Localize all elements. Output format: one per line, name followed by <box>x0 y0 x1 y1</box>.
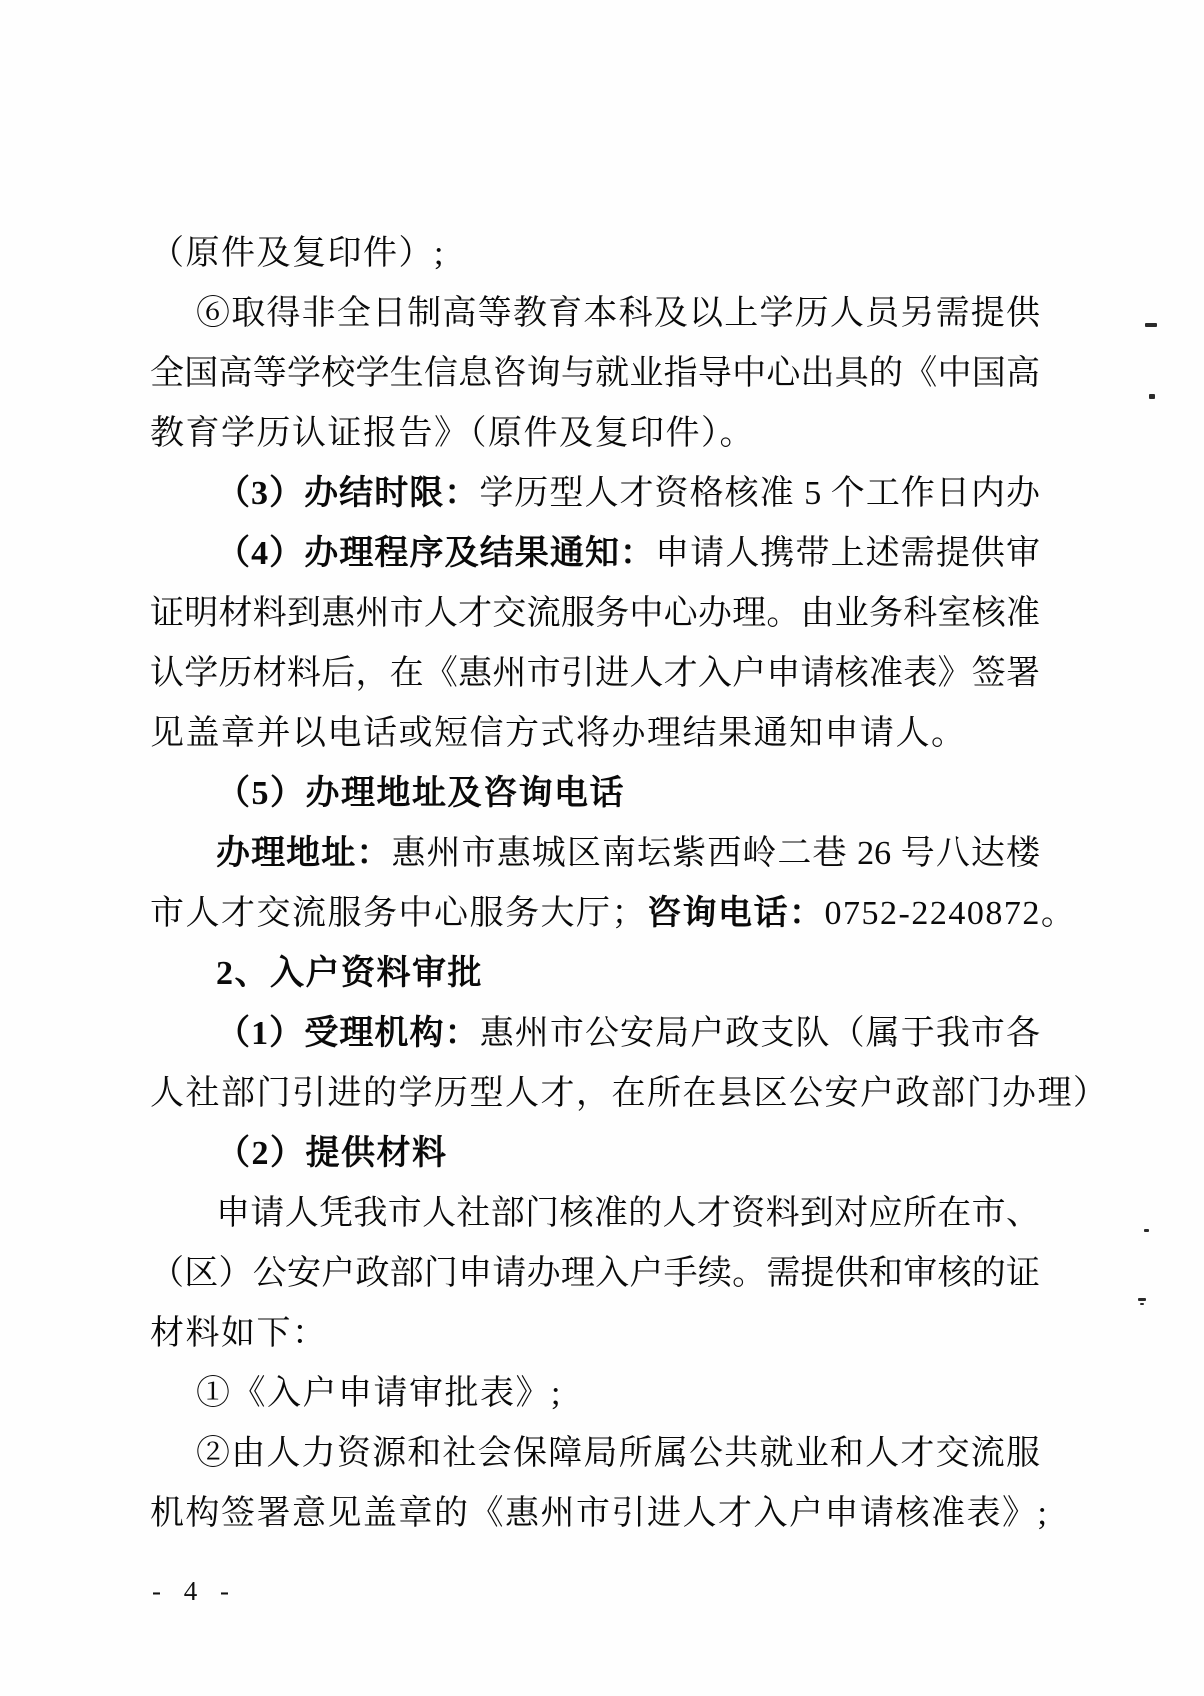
text-segment-bold: （2）提供材料 <box>216 1135 448 1172</box>
text-line: 机构签署意见盖章的《惠州市引进人才入户申请核准表》; <box>150 1484 1040 1544</box>
text-line: 人社部门引进的学历型人才，在所在县区公安户政部门办理） <box>150 1064 1040 1124</box>
scan-artifact <box>1140 1303 1144 1305</box>
text-line: （4）办理程序及结果通知：申请人携带上述需提供审核的 <box>150 524 1040 584</box>
text-line: （区）公安户政部门申请办理入户手续。需提供和审核的证明 <box>150 1244 1040 1304</box>
text-line: （2）提供材料 <box>150 1124 1040 1184</box>
scan-artifact <box>1138 1298 1146 1301</box>
text-segment: 全国高等学校学生信息咨询与就业指导中心出具的《中国高等 <box>150 355 1040 404</box>
text-line: 认学历材料后，在《惠州市引进人才入户申请核准表》签署意 <box>150 644 1040 704</box>
text-line: 证明材料到惠州市人才交流服务中心办理。由业务科室核准确 <box>150 584 1040 644</box>
text-segment: 0752-2240872。 <box>825 895 1077 932</box>
text-segment: 教育学历认证报告》（原件及复印件）。 <box>150 415 755 452</box>
text-segment: ②由人力资源和社会保障局所属公共就业和人才交流服务 <box>196 1435 1040 1484</box>
text-line: 2、入户资料审批 <box>150 944 1040 1004</box>
text-line: ⑥取得非全日制高等教育本科及以上学历人员另需提供 <box>150 284 1040 344</box>
text-segment: ①《入户申请审批表》; <box>196 1375 562 1412</box>
text-segment: 见盖章并以电话或短信方式将办理结果通知申请人。 <box>150 715 967 752</box>
text-segment: 市人才交流服务中心服务大厅； <box>150 895 647 932</box>
text-line: 市人才交流服务中心服务大厅；咨询电话：0752-2240872。 <box>150 884 1040 944</box>
text-segment: 机构签署意见盖章的《惠州市引进人才入户申请核准表》; <box>150 1495 1048 1532</box>
text-line: 教育学历认证报告》（原件及复印件）。 <box>150 404 1040 464</box>
text-segment-bold: （4）办理程序及结果通知： <box>216 535 655 572</box>
text-segment-bold: （1）受理机构： <box>216 1015 480 1052</box>
document-page: （原件及复印件）;⑥取得非全日制高等教育本科及以上学历人员另需提供全国高等学校学… <box>0 0 1204 1696</box>
text-line: （1）受理机构：惠州市公安局户政支队（属于我市各县区 <box>150 1004 1040 1064</box>
text-segment: 证明材料到惠州市人才交流服务中心办理。由业务科室核准确 <box>150 595 1040 644</box>
scan-artifact <box>1145 323 1157 327</box>
text-segment: （原件及复印件）; <box>150 235 445 272</box>
text-line: 申请人凭我市人社部门核准的人才资料到对应所在市、县 <box>150 1184 1040 1244</box>
scan-artifact <box>1144 1229 1149 1232</box>
text-segment-bold: 办理地址： <box>216 835 391 872</box>
text-segment: ⑥取得非全日制高等教育本科及以上学历人员另需提供 <box>196 295 1040 332</box>
scan-artifact <box>1149 394 1155 399</box>
text-line: （5）办理地址及咨询电话 <box>150 764 1040 824</box>
text-segment: 人社部门引进的学历型人才，在所在县区公安户政部门办理） <box>150 1075 1109 1112</box>
text-segment: （区）公安户政部门申请办理入户手续。需提供和审核的证明 <box>150 1255 1040 1304</box>
text-line: 见盖章并以电话或短信方式将办理结果通知申请人。 <box>150 704 1040 764</box>
text-segment-bold: 2、入户资料审批 <box>216 955 483 992</box>
text-segment-bold: （3）办结时限： <box>216 475 479 512</box>
text-segment: 申请人凭我市人社部门核准的人才资料到对应所在市、县 <box>216 1195 1040 1244</box>
text-line: 办理地址：惠州市惠城区南坛紫西岭二巷 26 号八达楼三楼 <box>150 824 1040 884</box>
text-line: （原件及复印件）; <box>150 224 1040 284</box>
text-line: ①《入户申请审批表》; <box>150 1364 1040 1424</box>
page-number: - 4 - <box>152 1576 237 1607</box>
text-segment-bold: （5）办理地址及咨询电话 <box>216 775 625 812</box>
document-body: （原件及复印件）;⑥取得非全日制高等教育本科及以上学历人员另需提供全国高等学校学… <box>150 224 1040 1544</box>
text-segment: 材料如下： <box>150 1315 328 1352</box>
text-segment: 认学历材料后，在《惠州市引进人才入户申请核准表》签署意 <box>150 655 1040 704</box>
text-line: 全国高等学校学生信息咨询与就业指导中心出具的《中国高等 <box>150 344 1040 404</box>
text-line: （3）办结时限：学历型人才资格核准 5 个工作日内办结。 <box>150 464 1040 524</box>
text-line: ②由人力资源和社会保障局所属公共就业和人才交流服务 <box>150 1424 1040 1484</box>
text-segment-bold: 咨询电话： <box>647 895 825 932</box>
text-line: 材料如下： <box>150 1304 1040 1364</box>
